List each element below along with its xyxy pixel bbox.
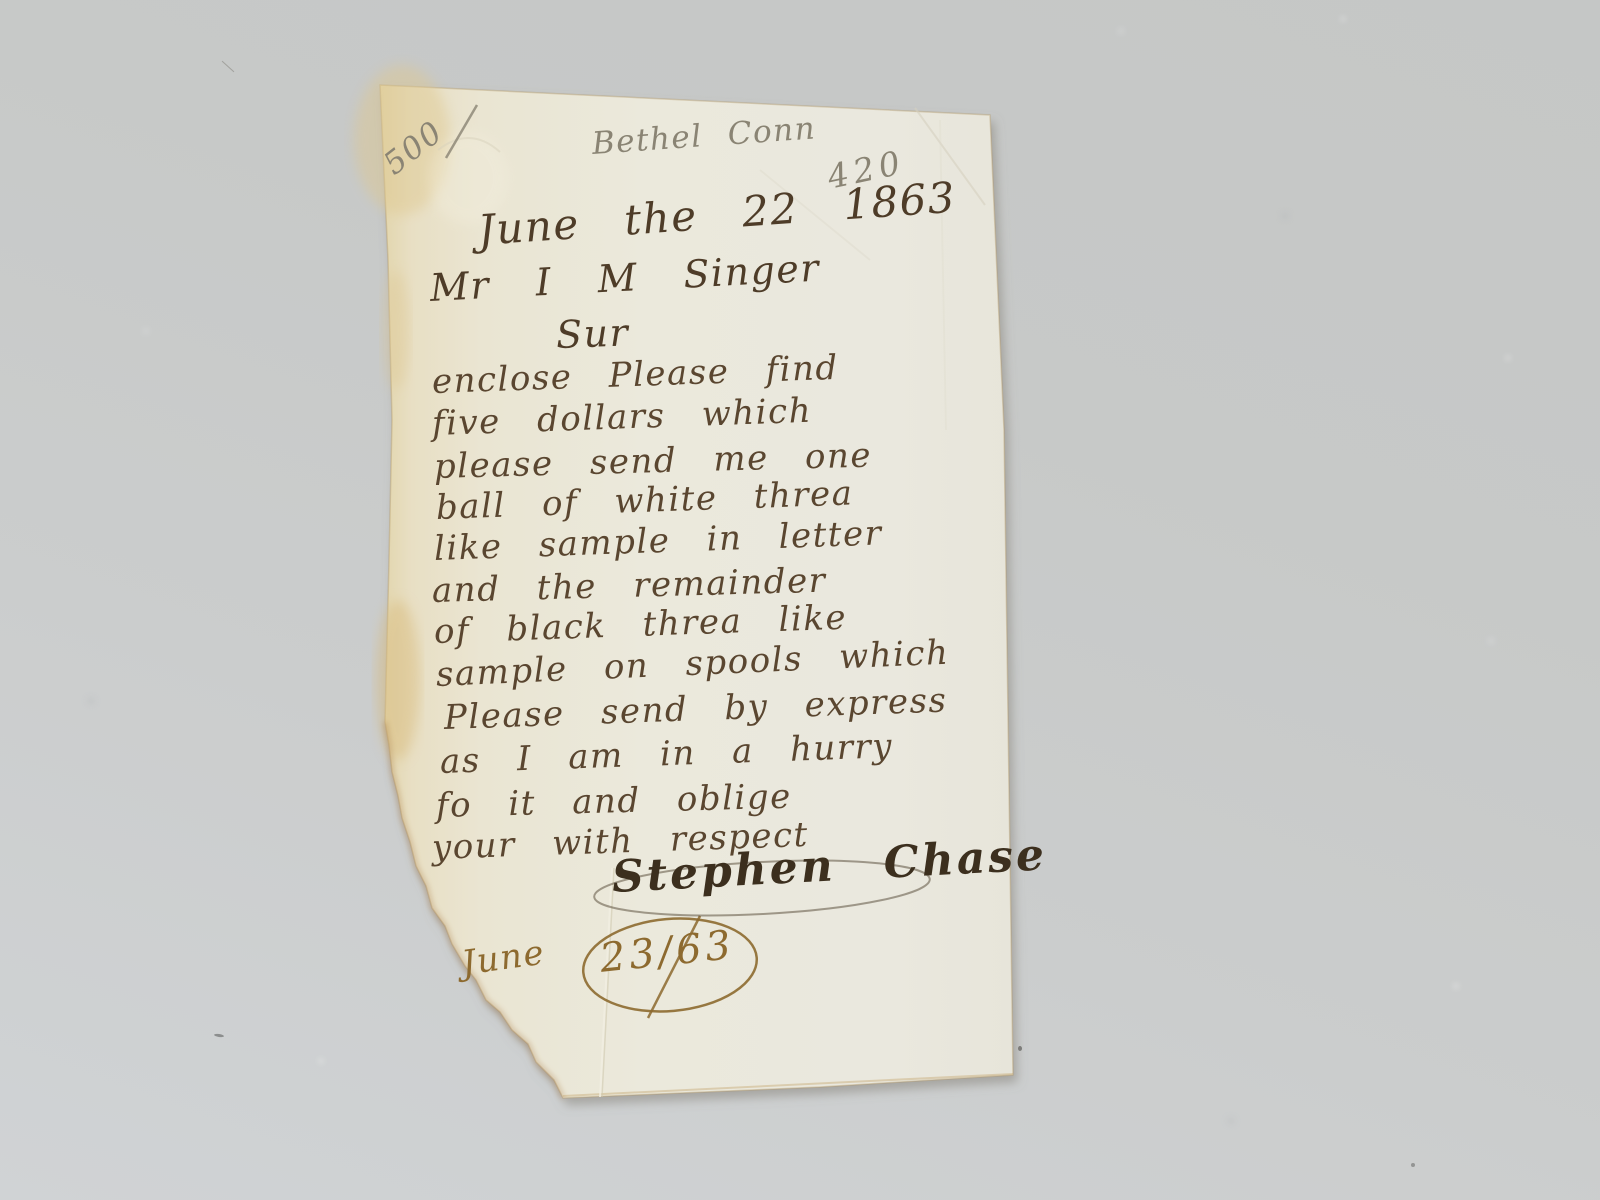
age-stain-mid-left (382, 270, 410, 390)
photo-scene: 500 Bethel Conn 420 June the 22 1863 Mr … (0, 0, 1600, 1200)
age-stain-left-edge (376, 600, 420, 760)
letter-salutation: Sur (555, 310, 630, 357)
